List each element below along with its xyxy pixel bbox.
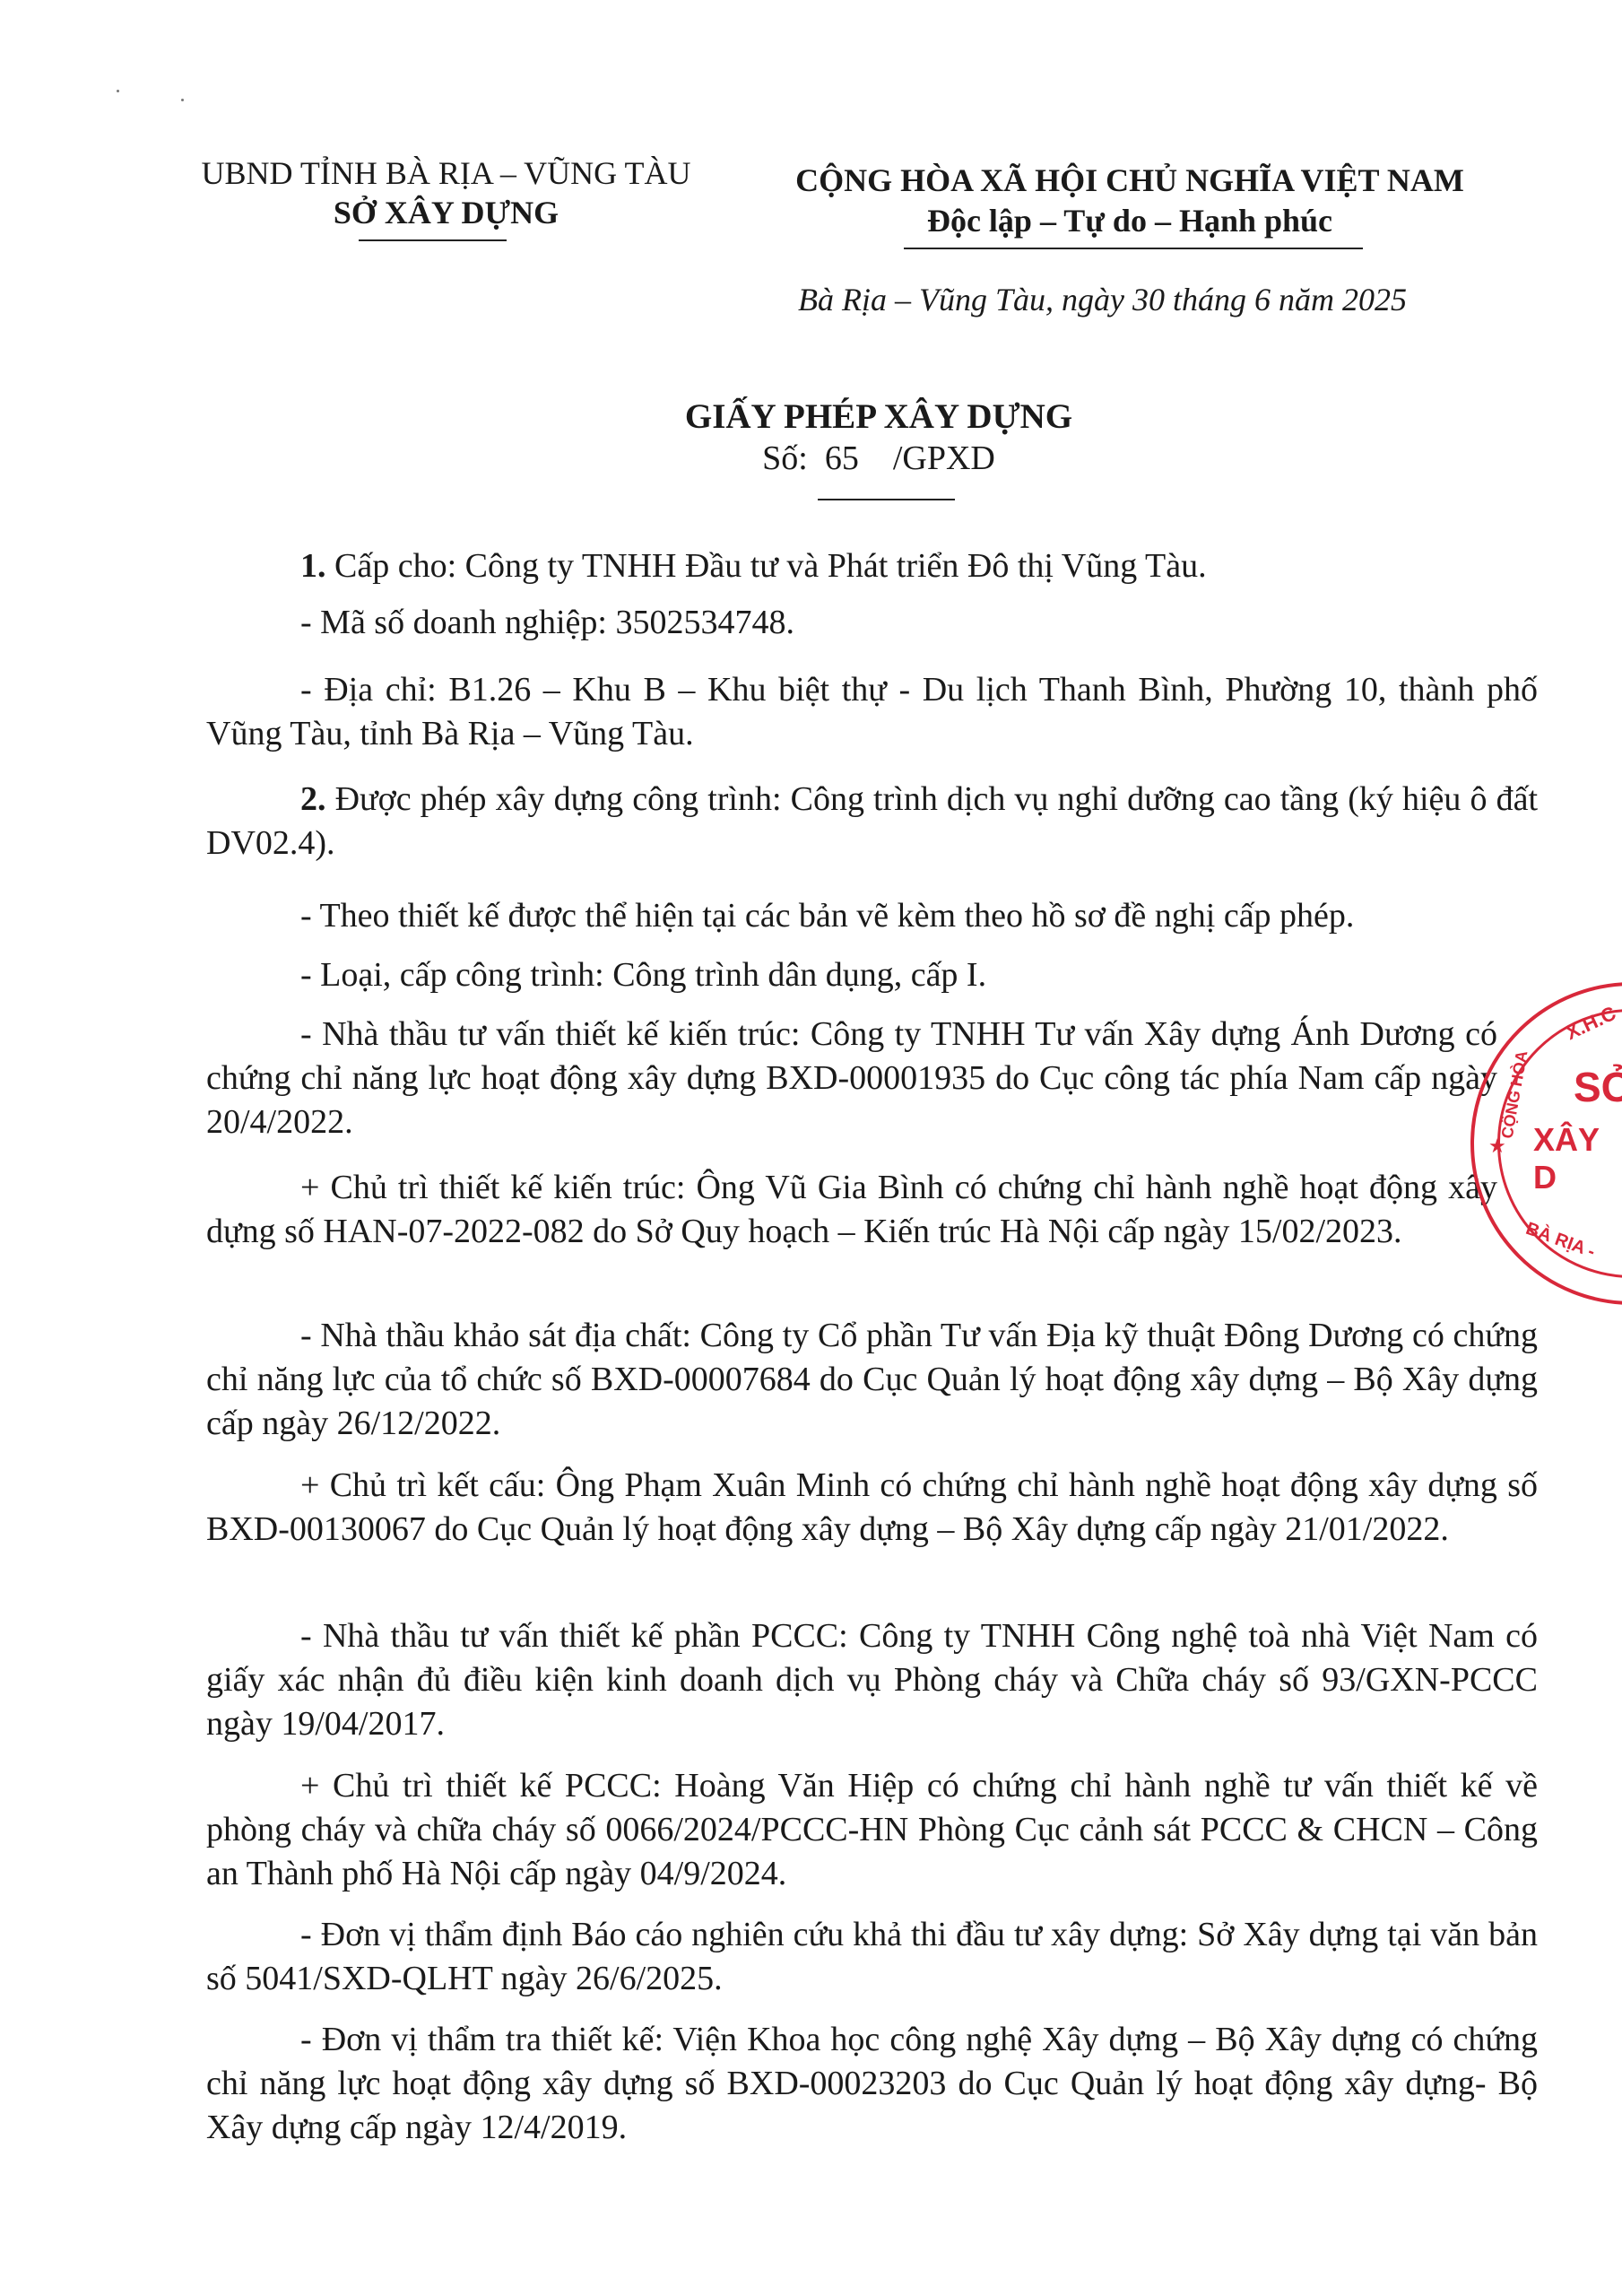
title-rule <box>818 499 955 500</box>
paragraph-fire-contractor: - Nhà thầu tư vấn thiết kế phần PCCC: Cô… <box>206 1614 1538 1746</box>
paragraph-permitted-works: 2. Được phép xây dựng công trình: Công t… <box>206 778 1538 865</box>
issuing-department: SỞ XÂY DỰNG <box>193 194 699 231</box>
paragraph-geology-contractor: - Nhà thầu khảo sát địa chất: Công ty Cổ… <box>206 1314 1538 1446</box>
scan-speck <box>181 99 184 101</box>
place-date: Bà Rịa – Vũng Tàu, ngày 30 tháng 6 năm 2… <box>798 281 1407 318</box>
stamp-center-line1: SỞ <box>1574 1063 1622 1111</box>
national-title: CỘNG HÒA XÃ HỘI CHỦ NGHĨA VIỆT NAM <box>771 161 1488 199</box>
document-title: GIẤY PHÉP XÂY DỰNG <box>0 396 1622 437</box>
paragraph-feasibility-appraisal: - Đơn vị thẩm định Báo cáo nghiên cứu kh… <box>206 1913 1538 2001</box>
paragraph-architect-contractor: - Nhà thầu tư vấn thiết kế kiến trúc: Cô… <box>206 1013 1497 1144</box>
paragraph-category: - Loại, cấp công trình: Công trình dân d… <box>206 953 1538 997</box>
issuing-authority: UBND TỈNH BÀ RỊA – VŨNG TÀU <box>193 154 699 192</box>
paragraph-design: - Theo thiết kế được thể hiện tại các bả… <box>206 894 1538 938</box>
paragraph-grantee: 1. Cấp cho: Công ty TNHH Đầu tư và Phát … <box>206 544 1538 588</box>
stamp-star-icon: ★ <box>1488 1135 1506 1158</box>
paragraph-tax-code: - Mã số doanh nghiệp: 3502534748. <box>206 601 1538 645</box>
scan-speck <box>117 90 119 92</box>
stamp-center-line2: XÂY D <box>1533 1121 1622 1196</box>
left-header-rule <box>359 239 507 241</box>
paragraph-chief-architect: + Chủ trì thiết kế kiến trúc: Ông Vũ Gia… <box>206 1166 1497 1254</box>
permit-number: Số: 65 /GPXD <box>0 439 1622 478</box>
paragraph-design-verification: - Đơn vị thẩm tra thiết kế: Viện Khoa họ… <box>206 2018 1538 2150</box>
national-motto: Độc lập – Tự do – Hạnh phúc <box>771 202 1488 239</box>
paragraph-structural-lead: + Chủ trì kết cấu: Ông Phạm Xuân Minh có… <box>206 1464 1538 1552</box>
paragraph-address: - Địa chỉ: B1.26 – Khu B – Khu biệt thự … <box>206 668 1538 756</box>
paragraph-fire-lead: + Chủ trì thiết kế PCCC: Hoàng Văn Hiệp … <box>206 1764 1538 1896</box>
right-header-rule <box>904 248 1363 249</box>
